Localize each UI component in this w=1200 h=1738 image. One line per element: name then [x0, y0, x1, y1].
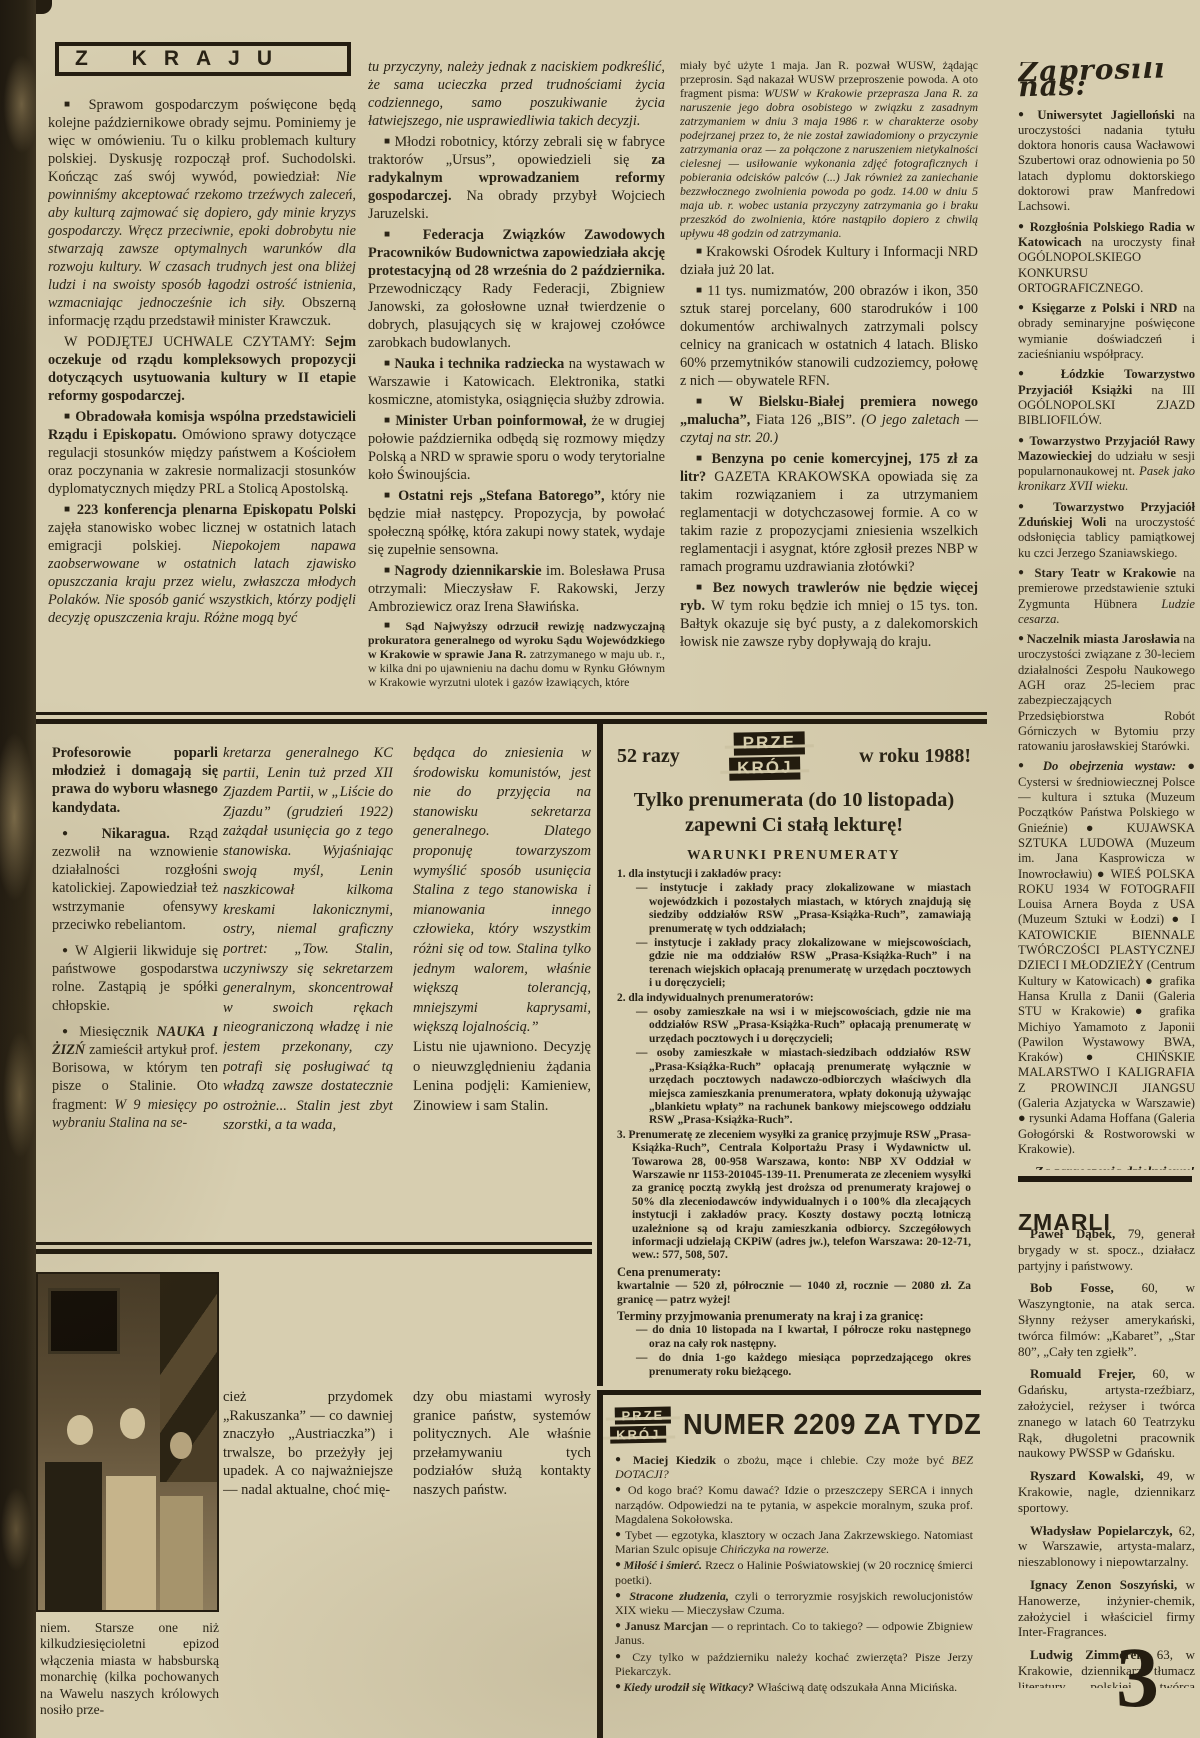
news-item: ■ Nagrody dziennikarskie im. Bolesława P…: [368, 562, 665, 616]
news-item: tu przyczyny, należy jednak z naciskiem …: [368, 58, 665, 130]
obituary-item: Paweł Dąbek, 79, generał brygady w st. s…: [1018, 1226, 1195, 1273]
text-run: — osoby zamieszkałe w miastach-siedzibac…: [636, 1047, 971, 1126]
ad-headline-line2: zapewni Ci stałą lekturę!: [617, 813, 971, 838]
next-issue-box: PRZE KRÓJ NUMER 2209 ZA TYDZIEŃ: ● Macie…: [597, 1390, 981, 1738]
przekroj-logo: PRZE KRÓJ: [733, 731, 805, 780]
text-run: W tym roku będzie ich mniej o 15 tys. to…: [680, 598, 978, 650]
subscription-term: 1. dla instytucji i zakładów pracy:: [617, 868, 971, 881]
bold-lead: Nagrody dziennikarskie: [394, 563, 546, 579]
subscription-term: — do dnia 10 listopada na I kwartał, I p…: [617, 1324, 971, 1351]
zaprosili-thanks: Za zaproszenia dziękujemy!: [1018, 1165, 1195, 1170]
bullet-mark: ■: [64, 504, 77, 515]
invitation-item: ● Do obejrzenia wystaw: ● Cystersi w śre…: [1018, 758, 1195, 1157]
italic-run: WUSW w Krakowie przeprasza Jana R. za na…: [680, 86, 978, 240]
next-issue-item: ● Kiedy urodził się Witkacy? Właściwą da…: [615, 1680, 973, 1694]
news-item: ■ W Bielsku-Białej premiera nowego „malu…: [680, 393, 978, 447]
obituary-item: Ludwig Zimmerer, 63, w Krakowie, dzienni…: [1018, 1647, 1195, 1688]
bullet-mark: ●: [1018, 633, 1027, 644]
text-run: Krakowski Ośrodek Kultury i Informacji N…: [680, 244, 978, 278]
przekroj-logo-small-bottom: KRÓJ: [616, 1427, 660, 1443]
world-news-column: Profesorowie poparli młodzież i domagają…: [52, 744, 218, 1216]
subscription-term: Terminy przyjmowania prenumeraty na kraj…: [617, 1310, 971, 1323]
news-item: ■ Młodzi robotnicy, którzy zebrali się w…: [368, 133, 665, 223]
text-run: Przewodniczący Rady Federacji, Zbigniew …: [368, 281, 665, 351]
bold-lead: Bob Fosse,: [1030, 1280, 1142, 1295]
subscription-term: Cena prenumeraty:: [617, 1266, 971, 1279]
bullet-mark: ■: [696, 453, 712, 464]
invitation-item: ● Rozgłośnia Polskiego Radia w Katowicac…: [1018, 219, 1195, 296]
photo-person-head: [67, 1415, 94, 1445]
zaprosili-list: ● Uniwersytet Jagielloński na uroczystoś…: [1018, 107, 1195, 1158]
bold-lead: Ryszard Kowalski,: [1030, 1468, 1157, 1483]
przekroj-logo-top: PRZE: [742, 733, 796, 753]
invitation-item: ● Towarzystwo Przyjaciół Zduńskiej Woli …: [1018, 499, 1195, 561]
photo: [36, 1272, 219, 1612]
bullet-mark: ■: [384, 565, 394, 576]
next-issue-item: ● Maciej Kiedzik o zbożu, mące i chlebie…: [615, 1453, 973, 1481]
przekroj-logo-bottom: KRÓJ: [737, 758, 793, 778]
news-item: ■ Sąd Najwyższy odrzucił rewizję nadzwyc…: [368, 619, 665, 689]
bottom-article-column-3: dzy obu miastami wyrosły granice państw,…: [413, 1388, 591, 1598]
bullet-mark: ●: [1018, 567, 1035, 578]
bold-lead: Naczelnik miasta Jarosławia: [1027, 632, 1183, 646]
section-divider-rule-top: [36, 712, 987, 724]
bold-lead: Stracone złudzenia,: [629, 1589, 734, 1603]
news-item: ■ 11 tys. numizmatów, 200 obrazów i ikon…: [680, 282, 978, 390]
news-item: ■ Nauka i technika radziecka na wystawac…: [368, 355, 665, 409]
text-run: 3. Prenumeratę ze zleceniem wysyłki za g…: [617, 1129, 971, 1262]
text-run: ● Cystersi w średniowiecznej Polsce — ku…: [1018, 759, 1195, 1155]
text-run: kwartalnie — 520 zł, półrocznie — 1040 z…: [617, 1280, 971, 1305]
text-run: będąca do zniesienia w środowisku komuni…: [413, 745, 591, 1035]
next-issue-title: NUMER 2209 ZA TYDZIEŃ:: [683, 1409, 981, 1442]
text-run: — do dnia 1-go każdego miesiąca poprzedz…: [636, 1352, 971, 1377]
text-run: — do dnia 10 listopada na I kwartał, I p…: [636, 1324, 971, 1349]
bullet-mark: ●: [615, 1681, 624, 1692]
news-item: ■ Bez nowych trawlerów nie będzie więcej…: [680, 579, 978, 651]
bold-lead: Uniwersytet Jagielloński: [1037, 108, 1183, 122]
bullet-mark: ●: [1018, 760, 1043, 771]
world-news-item: ● Miesięcznik NAUKA I ŻIZŃ zamieścił art…: [52, 1023, 218, 1132]
next-issue-item: ● Tybet — egzotyka, klasztory w oczach J…: [615, 1528, 973, 1556]
bold-lead: Romuald Frejer,: [1030, 1366, 1152, 1381]
photo-person-body: [45, 1462, 102, 1610]
z-kraju-title: Z KRAJU: [75, 47, 289, 71]
next-issue-item: ● Miłość i śmierć. Rzecz o Halinie Poświ…: [615, 1558, 973, 1586]
z-kraju-column-3: miały być użyte 1 maja. Jan R. pozwał WU…: [680, 58, 978, 710]
bold-lead: Stary Teatr w Krakowie: [1035, 566, 1184, 580]
bold-lead: Kiedy urodził się Witkacy?: [624, 1680, 757, 1694]
text-run: Właściwą datę odszukała Anna Micińska.: [757, 1680, 957, 1694]
article-text: kretarza generalnego KC partii, Lenin tu…: [223, 744, 393, 1136]
text-run: Profesorowie poparli młodzież i domagają…: [52, 745, 218, 816]
text-run: Fiata 126 „BIS”.: [756, 412, 861, 428]
text-run: 2. dla indywidualnych prenumeratorów:: [617, 992, 814, 1004]
invitation-item: ● Księgarze z Polski i NRD na obrady sem…: [1018, 300, 1195, 362]
bold-lead: Księgarze z Polski i NRD: [1032, 301, 1183, 315]
photo-person-body: [106, 1476, 156, 1610]
zmarli-divider-rule: [1018, 1176, 1192, 1182]
ad-year-label: w roku 1988!: [859, 745, 971, 768]
photo-person-head: [170, 1432, 191, 1459]
article-text: cież przydomek „Rakuszanka” — co dawniej…: [223, 1388, 393, 1500]
subscription-term: — osoby zamieszkałe na wsi i w miejscowo…: [617, 1006, 971, 1046]
text-run: na uroczystości nadania tytułu doktora h…: [1018, 108, 1195, 214]
photo-window: [51, 1291, 117, 1351]
text-run: kretarza generalnego KC partii, Lenin tu…: [223, 745, 393, 1133]
bullet-mark: ■: [384, 620, 405, 631]
invitation-item: ● Towarzystwo Przyjaciół Rawy Mazowiecki…: [1018, 433, 1195, 495]
prenumerata-ad-header: 52 razy PRZE KRÓJ w roku 1988!: [617, 732, 971, 780]
news-item: W PODJĘTEJ UCHWALE CZYTAMY: Sejm oczekuj…: [48, 333, 356, 405]
lenin-article-column-1: kretarza generalnego KC partii, Lenin tu…: [223, 744, 393, 1246]
z-kraju-header-box: Z KRAJU: [55, 42, 351, 76]
photo-person-head: [120, 1408, 145, 1438]
news-item: ■ Minister Urban poinformował, że w drug…: [368, 412, 665, 484]
text-run: Listu nie ujawniono. Decyzję o nieuwzglę…: [413, 1039, 591, 1114]
subscription-term: — instytucje i zakłady pracy zlokalizowa…: [617, 937, 971, 991]
bullet-mark: ■: [384, 229, 423, 240]
zaprosili-nas-column: Zaprosili nas: ● Uniwersytet Jagiellońsk…: [1018, 62, 1195, 1170]
bold-lead: Nikaragua.: [102, 826, 189, 842]
obituary-item: Ignacy Zenon Soszyński, w Hanowerze, inż…: [1018, 1577, 1195, 1640]
italic-run: Nie powinniśmy akceptować rzekomo trzeźw…: [48, 169, 356, 311]
news-item: ■ Federacja Związków Zawodowych Pracowni…: [368, 226, 665, 352]
page-number: 3: [1116, 1634, 1159, 1720]
bold-lead: Władysław Popielarczyk,: [1030, 1523, 1179, 1538]
subscription-term: — do dnia 1-go każdego miesiąca poprzedz…: [617, 1352, 971, 1379]
bottom-article-column-2: cież przydomek „Rakuszanka” — co dawniej…: [223, 1388, 393, 1598]
article-text: dzy obu miastami wyrosły granice państw,…: [413, 1388, 591, 1500]
text-run: Od kogo brać? Komu dawać? Idzie o przesz…: [615, 1483, 973, 1525]
lenin-article-column-2: będąca do zniesienia w środowisku komuni…: [413, 744, 591, 1246]
text-run: Sprawom gospodarczym poświęcone będą kol…: [48, 97, 356, 185]
world-news-item: ● Nikaragua. Rząd zezwolił na wznowienie…: [52, 825, 218, 934]
invitation-item: ● Naczelnik miasta Jarosławia na uroczys…: [1018, 631, 1195, 754]
zmarli-column: Paweł Dąbek, 79, generał brygady w st. s…: [1018, 1226, 1195, 1688]
bold-lead: Nauka i technika radziecka: [394, 356, 568, 372]
ad-52-razy-label: 52 razy: [617, 745, 680, 768]
text-run: W PODJĘTEJ UCHWALE CZYTAMY:: [64, 334, 325, 350]
bullet-mark: ●: [615, 1484, 628, 1495]
ad-headline-line1: Tylko prenumerata (do 10 listopada): [617, 788, 971, 813]
text-run: cież przydomek „Rakuszanka” — co dawniej…: [223, 1389, 393, 1498]
world-news-item: ● W Algierii likwiduje się państwowe gos…: [52, 942, 218, 1015]
bullet-mark: ●: [62, 1026, 79, 1037]
invitation-item: ● Stary Teatr w Krakowie na premierowe p…: [1018, 565, 1195, 627]
bold-lead: Ignacy Zenon Soszyński,: [1030, 1577, 1186, 1592]
bullet-mark: ●: [1018, 302, 1032, 313]
obituary-item: Bob Fosse, 60, w Waszyngtonie, na atak s…: [1018, 1280, 1195, 1359]
subscription-term: kwartalnie — 520 zł, półrocznie — 1040 z…: [617, 1280, 971, 1307]
bullet-mark: ●: [615, 1454, 633, 1465]
zaprosili-nas-title: Zaprosili nas:: [1018, 62, 1195, 95]
text-run: Czy tylko w październiku należy kochać z…: [615, 1650, 973, 1678]
bold-lead: Ostatni rejs „Stefana Batorego”,: [398, 488, 611, 504]
bullet-mark: ●: [1018, 109, 1037, 120]
next-issue-item: ● Janusz Marcjan — o reprintach. Co to t…: [615, 1619, 973, 1647]
text-run: — osoby zamieszkałe na wsi i w miejscowo…: [636, 1006, 971, 1045]
news-item: ■ Obradowała komisja wspólna przedstawic…: [48, 408, 356, 498]
bullet-mark: ●: [1018, 368, 1061, 379]
bullet-mark: ●: [615, 1590, 629, 1601]
bold-lead: 223 konferencja plenarna Episkopatu Pols…: [77, 502, 356, 518]
bullet-mark: ■: [696, 582, 713, 593]
bullet-mark: ■: [384, 358, 394, 369]
text-run: Miesięcznik: [79, 1024, 156, 1040]
przekroj-logo-small: PRZE KRÓJ: [615, 1407, 672, 1444]
text-run: Młodzi robotnicy, którzy zebrali się w f…: [368, 134, 665, 168]
world-news-item: Profesorowie poparli młodzież i domagają…: [52, 744, 218, 817]
article-text: będąca do zniesienia w środowisku komuni…: [413, 744, 591, 1038]
news-item: ■ Benzyna po cenie komercyjnej, 175 zł z…: [680, 450, 978, 576]
news-item: miały być użyte 1 maja. Jan R. pozwał WU…: [680, 58, 978, 240]
bullet-mark: ■: [384, 136, 395, 147]
next-issue-list: ● Maciej Kiedzik o zbożu, mące i chlebie…: [615, 1453, 973, 1694]
bold-lead: Maciej Kiedzik: [633, 1453, 724, 1467]
obituary-item: Ryszard Kowalski, 49, w Krakowie, nagle,…: [1018, 1468, 1195, 1515]
bold-lead: Do obejrzenia wystaw:: [1043, 759, 1188, 773]
z-kraju-column-1: ■ Sprawom gospodarczym poświęcone będą k…: [48, 96, 356, 708]
news-item: ■ Ostatni rejs „Stefana Batorego”, który…: [368, 487, 665, 559]
obituary-item: Władysław Popielarczyk, 62, w Warszawie,…: [1018, 1523, 1195, 1570]
news-item: ■ Krakowski Ośrodek Kultury i Informacji…: [680, 243, 978, 279]
bullet-mark: ■: [384, 490, 398, 501]
bullet-mark: ■: [696, 246, 706, 257]
text-run: — instytucje i zakłady pracy zlokalizowa…: [636, 937, 971, 989]
next-issue-item: ● Czy tylko w październiku należy kochać…: [615, 1650, 973, 1678]
bullet-mark: ●: [615, 1529, 625, 1540]
bullet-mark: ●: [62, 945, 75, 956]
z-kraju-column-2: tu przyczyny, należy jednak z naciskiem …: [368, 58, 665, 710]
text-run: 11 tys. numizmatów, 200 obrazów i ikon, …: [680, 283, 978, 389]
subscription-term: — osoby zamieszkałe w miastach-siedzibac…: [617, 1047, 971, 1127]
news-item: ■ 223 konferencja plenarna Episkopatu Po…: [48, 501, 356, 627]
article-text: Listu nie ujawniono. Decyzję o nieuwzglę…: [413, 1038, 591, 1116]
ad-terms-list: 1. dla instytucji i zakładów pracy: — in…: [617, 868, 971, 1379]
subscription-term: 2. dla indywidualnych prenumeratorów:: [617, 992, 971, 1005]
bullet-mark: ●: [615, 1559, 624, 1570]
text-run: Terminy przyjmowania prenumeraty na kraj…: [617, 1309, 924, 1323]
bullet-mark: ●: [1018, 435, 1030, 446]
text-run: na uroczystości związane z 30-leciem dzi…: [1018, 632, 1195, 753]
bullet-mark: ●: [1018, 221, 1030, 232]
news-item: ■ Sprawom gospodarczym poświęcone będą k…: [48, 96, 356, 330]
next-issue-item: ● Stracone złudzenia, czyli o terroryzmi…: [615, 1589, 973, 1617]
bullet-mark: ●: [1018, 501, 1053, 512]
scan-film-edge: [0, 0, 36, 1738]
newspaper-page: Z KRAJU ■ Sprawom gospodarczym poświęcon…: [0, 0, 1200, 1738]
ad-subhead: WARUNKI PRENUMERATY: [617, 847, 971, 863]
bullet-mark: ●: [62, 828, 102, 839]
next-issue-header: PRZE KRÓJ NUMER 2209 ZA TYDZIEŃ:: [615, 1407, 973, 1443]
text-run: niem. Starsze one niż kilkudziesięciolet…: [40, 1620, 219, 1717]
text-run: Cena prenumeraty:: [617, 1265, 721, 1279]
bullet-mark: ■: [384, 415, 395, 426]
invitation-item: ● Łódzkie Towarzystwo Przyjaciół Książki…: [1018, 366, 1195, 428]
text-run: tu przyczyny, należy jednak z naciskiem …: [368, 59, 665, 129]
bullet-mark: ●: [615, 1620, 625, 1631]
bottom-article-column-1: niem. Starsze one niż kilkudziesięciolet…: [40, 1620, 219, 1738]
prenumerata-ad-box: 52 razy PRZE KRÓJ w roku 1988! Tylko pre…: [597, 724, 981, 1386]
text-run: W Algierii likwiduje się państwowe gospo…: [52, 943, 218, 1014]
bold-lead: Minister Urban poinformował,: [395, 413, 591, 429]
text-run: o zbożu, mące i chlebie. Czy może być: [724, 1453, 952, 1467]
subscription-term: — instytucje i zakłady pracy zlokalizowa…: [617, 882, 971, 936]
text-run: 1. dla instytucji i zakładów pracy:: [617, 868, 782, 880]
subscription-term: 3. Prenumeratę ze zleceniem wysyłki za g…: [617, 1129, 971, 1263]
next-issue-item: ● Od kogo brać? Komu dawać? Idzie o prze…: [615, 1483, 973, 1526]
obituary-item: Romuald Frejer, 60, w Gdańsku, artysta-r…: [1018, 1366, 1195, 1461]
photo-person-body: [160, 1496, 203, 1610]
bullet-mark: ■: [696, 285, 707, 296]
article-text: niem. Starsze one niż kilkudziesięciolet…: [40, 1620, 219, 1718]
bold-lead: Miłość i śmierć.: [624, 1558, 705, 1572]
bullet-mark: ■: [696, 396, 729, 407]
bullet-mark: ■: [64, 99, 89, 110]
text-run: GAZETA KRAKOWSKA opowiada się za takim r…: [680, 469, 978, 575]
text-run: dzy obu miastami wyrosły granice państw,…: [413, 1389, 591, 1498]
invitation-item: ● Uniwersytet Jagielloński na uroczystoś…: [1018, 107, 1195, 215]
bullet-mark: ■: [64, 411, 75, 422]
text-run: — instytucje i zakłady pracy zlokalizowa…: [636, 882, 971, 934]
bold-lead: Janusz Marcjan: [625, 1619, 712, 1633]
italic-run: Chińczyka na rowerze.: [720, 1542, 829, 1556]
przekroj-logo-small-top: PRZE: [621, 1408, 664, 1424]
bullet-mark: ●: [615, 1651, 632, 1662]
ad-headline: Tylko prenumerata (do 10 listopada) zape…: [617, 788, 971, 838]
bold-lead: Paweł Dąbek,: [1030, 1226, 1128, 1241]
